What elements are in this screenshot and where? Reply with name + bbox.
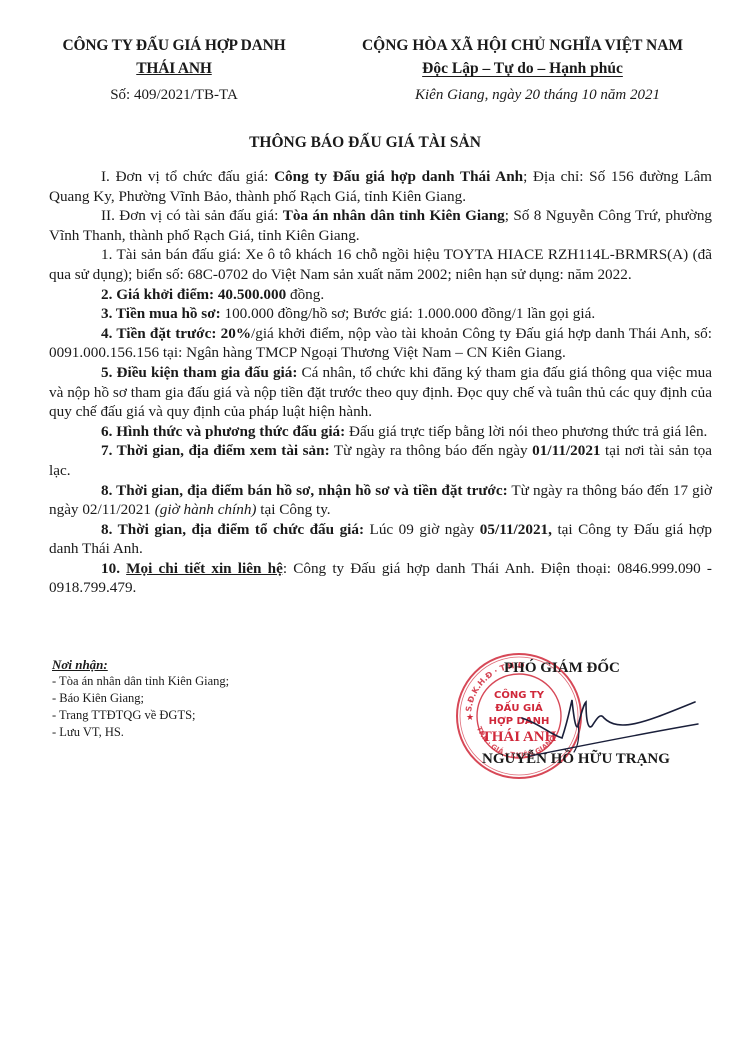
label: 5. Điều kiện tham gia đấu giá: <box>101 364 297 381</box>
national-motto: Độc Lập – Tự do – Hạnh phúc <box>325 57 720 80</box>
text: Lúc 09 giờ ngày <box>364 521 480 538</box>
asset-owner-name: Tòa án nhân dân tỉnh Kiên Giang <box>283 207 505 224</box>
recipient-item: - Báo Kiên Giang; <box>52 690 382 707</box>
recipient-item: - Lưu VT, HS. <box>52 724 382 741</box>
item-contact: 10. Mọi chi tiết xin liên hệ: Công ty Đấ… <box>49 559 712 598</box>
recipient-item: - Tòa án nhân dân tỉnh Kiên Giang; <box>52 673 382 690</box>
label: 8. Thời gian, địa điểm tổ chức đấu giá: <box>101 521 364 538</box>
viewing-deadline: 01/11/2021 <box>532 442 600 459</box>
item-auction-form: 6. Hình thức và phương thức đấu giá: Đấu… <box>49 422 712 442</box>
place-date: Kiên Giang, ngày 20 tháng 10 năm 2021 <box>325 84 720 107</box>
office-hours-note: (giờ hành chính) <box>155 501 257 518</box>
text: Từ ngày ra thông báo đến ngày <box>330 442 533 459</box>
document-number: Số: 409/2021/TB-TA <box>40 84 308 107</box>
contact-label: Mọi chi tiết xin liên hệ <box>126 560 283 577</box>
item-asset: 1. Tài sản bán đấu giá: Xe ô tô khách 16… <box>49 245 712 284</box>
section-organizer: I. Đơn vị tổ chức đấu giá: Công ty Đấu g… <box>49 167 712 206</box>
label: 4. Tiền đặt trước: 20% <box>101 325 251 342</box>
text: tại Công ty. <box>257 501 331 518</box>
document-body: I. Đơn vị tổ chức đấu giá: Công ty Đấu g… <box>49 167 712 598</box>
text: 100.000 đồng/hồ sơ; Bước giá: 1.000.000 … <box>221 305 595 322</box>
item-dossier-fee: 3. Tiền mua hồ sơ: 100.000 đồng/hồ sơ; B… <box>49 304 712 324</box>
national-title: CỘNG HÒA XÃ HỘI CHỦ NGHĨA VIỆT NAM <box>325 34 720 57</box>
auction-date: 05/11/2021, <box>480 521 552 538</box>
issuer-name-line1: CÔNG TY ĐẤU GIÁ HỢP DANH <box>40 34 308 57</box>
label: 7. Thời gian, địa điểm xem tài sản: <box>101 442 330 459</box>
item-auction-time: 8. Thời gian, địa điểm tổ chức đấu giá: … <box>49 520 712 559</box>
handwritten-signature-icon <box>520 690 700 760</box>
text: 1. Tài sản bán đấu giá: Xe ô tô khách 16… <box>49 246 712 283</box>
text: II. Đơn vị có tài sản đấu giá: <box>101 207 283 224</box>
item-conditions: 5. Điều kiện tham gia đấu giá: Cá nhân, … <box>49 363 712 422</box>
item-dossier-sale: 8. Thời gian, địa điểm bán hồ sơ, nhận h… <box>49 481 712 520</box>
item-viewing: 7. Thời gian, địa điểm xem tài sản: Từ n… <box>49 441 712 480</box>
signer-title: PHÓ GIÁM ĐỐC <box>504 660 620 677</box>
recipients-label: Nơi nhận: <box>52 656 382 673</box>
recipients-block: Nơi nhận: - Tòa án nhân dân tỉnh Kiên Gi… <box>52 656 382 741</box>
item-deposit: 4. Tiền đặt trước: 20%/giá khởi điểm, nộ… <box>49 324 712 363</box>
label: 10. <box>101 560 126 577</box>
text: đồng. <box>286 286 324 303</box>
organizer-name: Công ty Đấu giá hợp danh Thái Anh <box>274 168 523 185</box>
starting-price: 2. Giá khởi điểm: 40.500.000 <box>101 286 286 303</box>
item-starting-price: 2. Giá khởi điểm: 40.500.000 đồng. <box>49 285 712 305</box>
text: Đấu giá trực tiếp bằng lời nói theo phươ… <box>345 423 707 440</box>
document-title: THÔNG BÁO ĐẤU GIÁ TÀI SẢN <box>0 134 730 152</box>
issuer-header: CÔNG TY ĐẤU GIÁ HỢP DANH THÁI ANH Số: 40… <box>40 34 308 107</box>
text: I. Đơn vị tổ chức đấu giá: <box>101 168 274 185</box>
section-asset-owner: II. Đơn vị có tài sản đấu giá: Tòa án nh… <box>49 206 712 245</box>
issuer-name-line2: THÁI ANH <box>40 57 308 80</box>
label: 3. Tiền mua hồ sơ: <box>101 305 221 322</box>
national-header: CỘNG HÒA XÃ HỘI CHỦ NGHĨA VIỆT NAM Độc L… <box>325 34 720 107</box>
label: 8. Thời gian, địa điểm bán hồ sơ, nhận h… <box>101 482 508 499</box>
label: 6. Hình thức và phương thức đấu giá: <box>101 423 345 440</box>
recipient-item: - Trang TTĐTQG về ĐGTS; <box>52 707 382 724</box>
